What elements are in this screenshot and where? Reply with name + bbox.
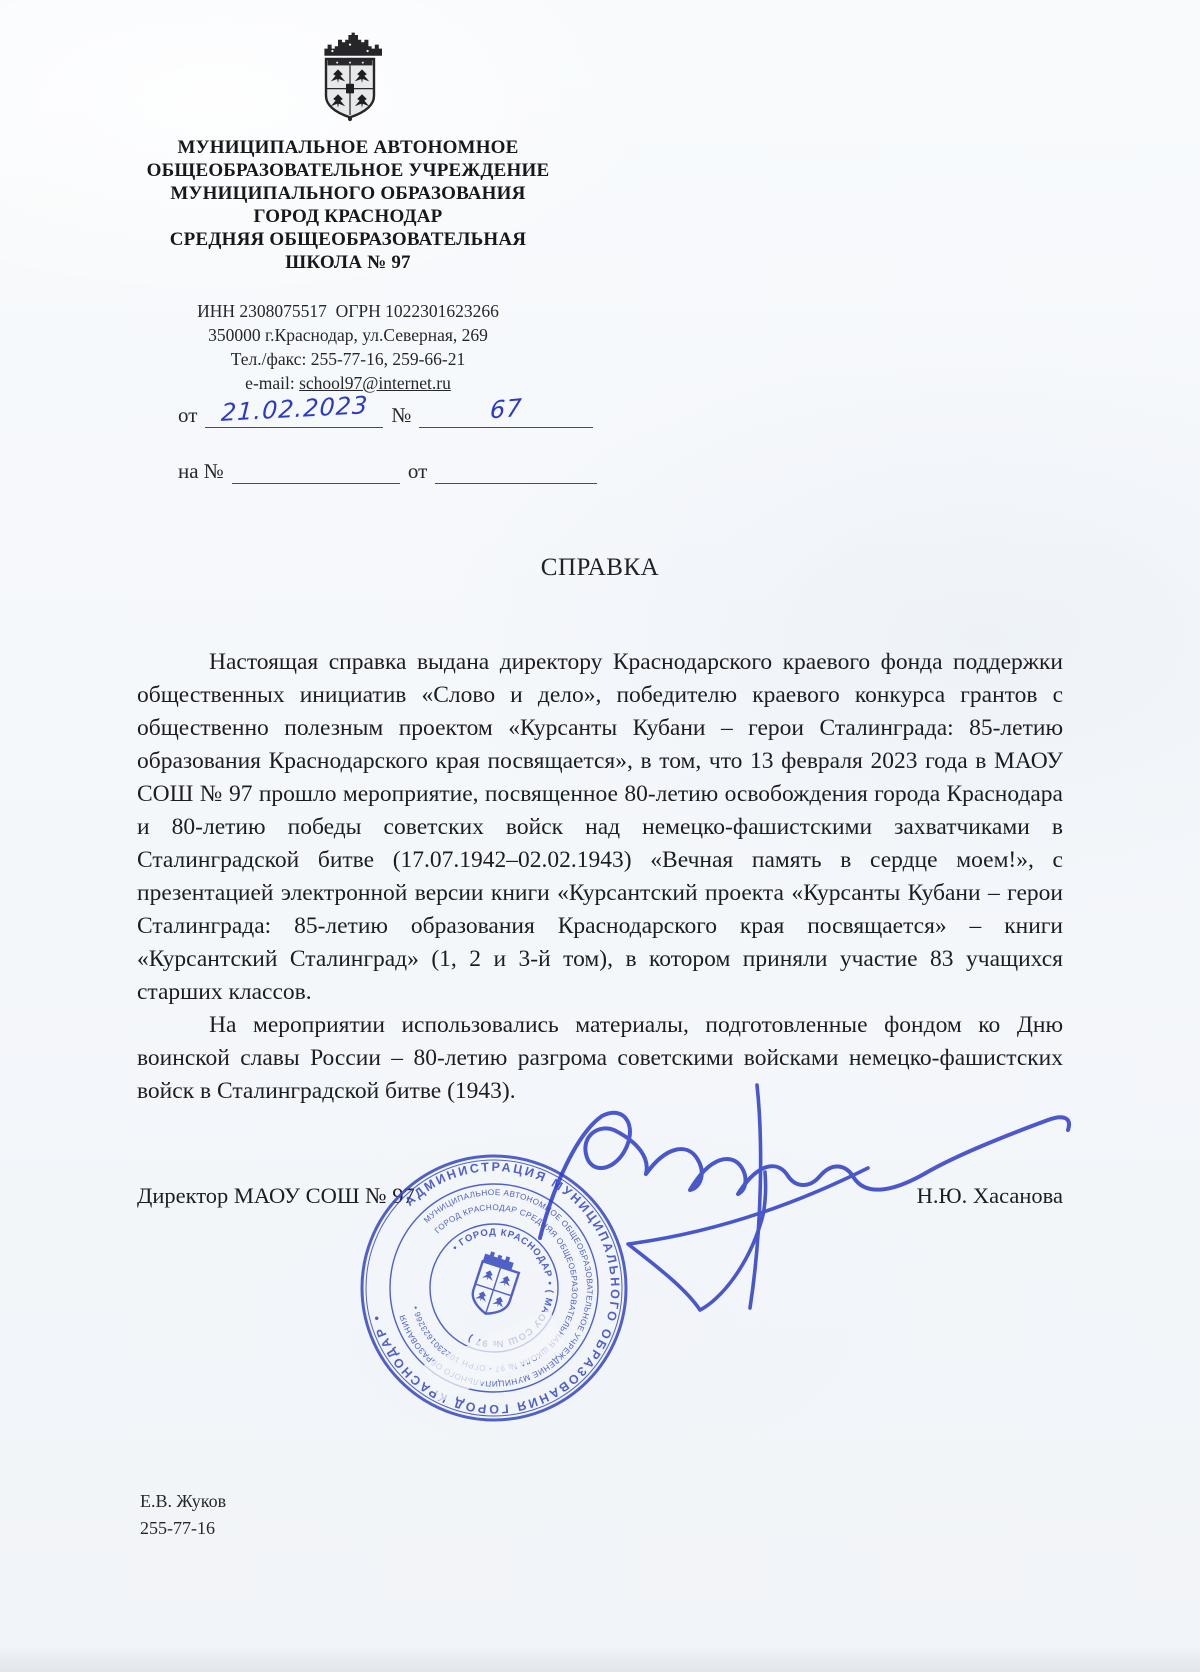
org-name-line: ОБЩЕОБРАЗОВАТЕЛЬНОЕ УЧРЕЖДЕНИЕ (98, 159, 598, 182)
date-field: 21.02.2023 (205, 393, 383, 428)
inn-ogrn-line: ИНН 2308075517 ОГРН 1022301623266 (98, 299, 598, 323)
from-label: от (178, 403, 197, 428)
document-body: Настоящая справка выдана директору Красн… (137, 646, 1063, 1108)
handwritten-signature-icon (480, 1050, 1100, 1350)
org-name-line: ГОРОД КРАСНОДАР (98, 205, 598, 228)
org-name-line: СРЕДНЯЯ ОБЩЕОБРАЗОВАТЕЛЬНАЯ (98, 228, 598, 251)
number-label: № (391, 403, 411, 428)
reply-from-label: от (408, 459, 427, 484)
handwritten-number: 67 (489, 393, 523, 424)
email-address: school97@internet.ru (299, 373, 451, 393)
executor-name: Е.В. Жуков (140, 1488, 226, 1515)
document-title: СПРАВКА (137, 554, 1063, 582)
krasnodar-coat-of-arms-icon (310, 18, 390, 132)
executor-phone: 255-77-16 (140, 1515, 226, 1542)
scanned-document-page: МУНИЦИПАЛЬНОЕ АВТОНОМНОЕ ОБЩЕОБРАЗОВАТЕЛ… (0, 0, 1200, 1672)
org-name-line: МУНИЦИПАЛЬНОЕ АВТОНОМНОЕ (98, 136, 598, 159)
organization-name-block: МУНИЦИПАЛЬНОЕ АВТОНОМНОЕ ОБЩЕОБРАЗОВАТЕЛ… (98, 136, 598, 274)
reply-ref-line: на № от (178, 448, 618, 484)
reply-date-field (435, 449, 597, 484)
org-name-line: ШКОЛА № 97 (98, 251, 598, 274)
phone-line: Тел./факс: 255-77-16, 259-66-21 (98, 347, 598, 371)
address-line: 350000 г.Краснодар, ул.Северная, 269 (98, 323, 598, 347)
org-name-line: МУНИЦИПАЛЬНОГО ОБРАЗОВАНИЯ (98, 182, 598, 205)
organization-contacts-block: ИНН 2308075517 ОГРН 1022301623266 350000… (98, 299, 598, 395)
body-paragraph-1: Настоящая справка выдана директору Красн… (137, 646, 1063, 1009)
outgoing-ref-line: от 21.02.2023 № 67 (178, 392, 618, 428)
reply-number-field (232, 449, 400, 484)
number-field: 67 (419, 393, 593, 428)
handwritten-date: 21.02.2023 (220, 391, 369, 427)
email-label: e-mail: (245, 373, 299, 393)
reply-label: на № (178, 459, 224, 484)
executor-block: Е.В. Жуков 255-77-16 (140, 1488, 226, 1542)
